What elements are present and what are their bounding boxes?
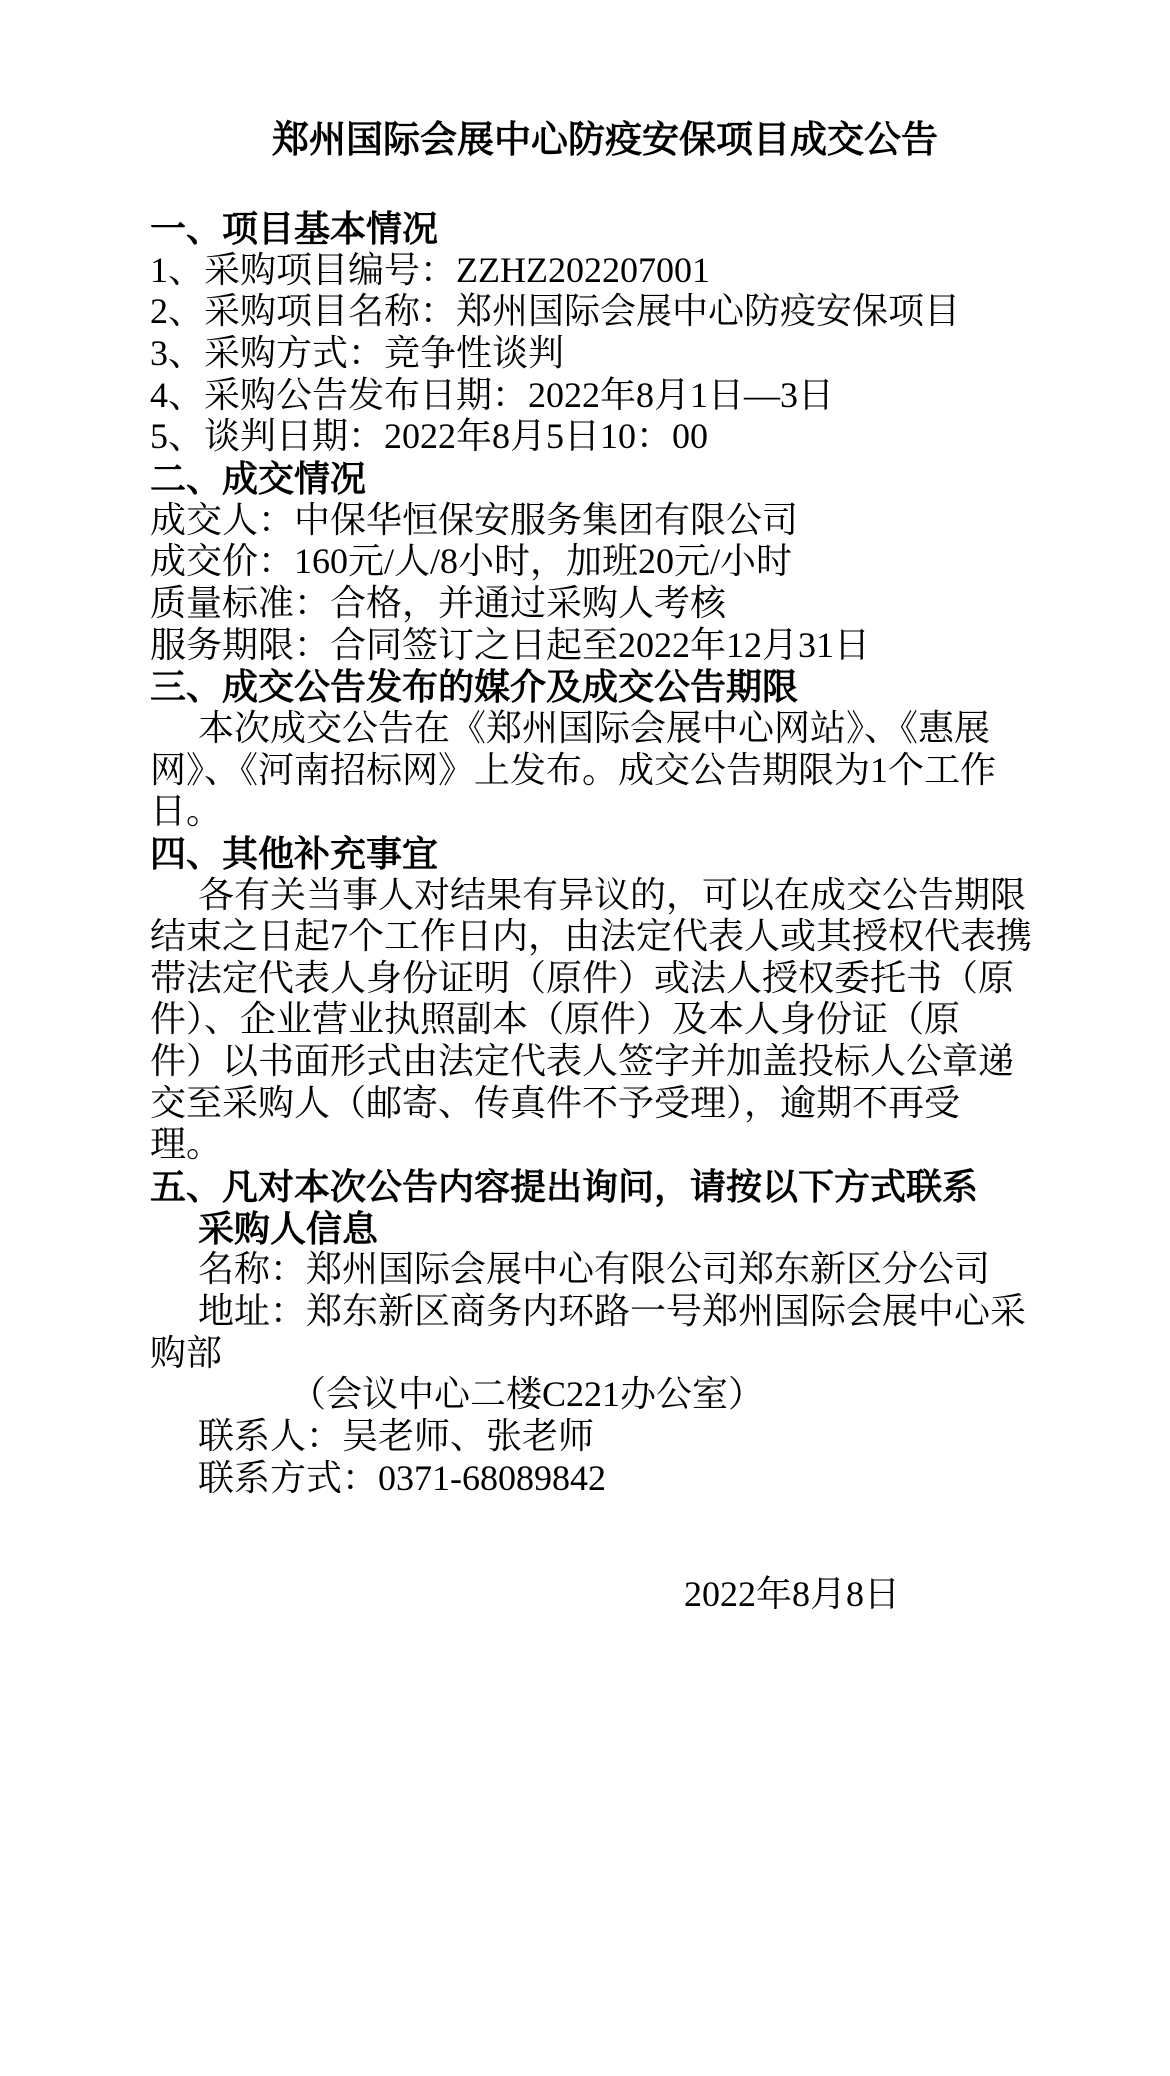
section-heading-2: 二、成交情况 [150,458,1060,500]
document-title: 郑州国际会展中心防疫安保项目成交公告 [150,118,1060,162]
document-page: 郑州国际会展中心防疫安保项目成交公告 一、项目基本情况 1、采购项目编号：ZZH… [0,0,1170,2076]
purchaser-info-heading: 采购人信息 [150,1208,1060,1250]
project-name-line: 2、采购项目名称：郑州国际会展中心防疫安保项目 [150,291,1060,333]
price-line: 成交价：160元/人/8小时，加班20元/小时 [150,541,1060,583]
office-room-line: （会议中心二楼C221办公室） [150,1374,1060,1416]
media-paragraph-line-3: 日。 [150,791,1060,833]
announcement-document: 郑州国际会展中心防疫安保项目成交公告 一、项目基本情况 1、采购项目编号：ZZH… [0,0,1170,1616]
section-heading-4: 四、其他补充事宜 [150,833,1060,875]
section-heading-3: 三、成交公告发布的媒介及成交公告期限 [150,666,1060,708]
media-paragraph-line-1: 本次成交公告在《郑州国际会展中心网站》、《惠展 [150,708,1060,750]
document-date: 2022年8月8日 [150,1574,1060,1616]
announcement-date-line: 4、采购公告发布日期：2022年8月1日—3日 [150,375,1060,417]
purchaser-address-line-1: 地址：郑东新区商务内环路一号郑州国际会展中心采 [150,1291,1060,1333]
objection-paragraph-line-2: 结束之日起7个工作日内，由法定代表人或其授权代表携 [150,916,1060,958]
media-paragraph-line-2: 网》、《河南招标网》上发布。成交公告期限为1个工作 [150,750,1060,792]
objection-paragraph-line-6: 交至采购人（邮寄、传真件不予受理），逾期不再受 [150,1083,1060,1125]
objection-paragraph-line-4: 件）、企业营业执照副本（原件）及本人身份证（原 [150,999,1060,1041]
objection-paragraph-line-3: 带法定代表人身份证明（原件）或法人授权委托书（原 [150,958,1060,1000]
winner-line: 成交人：中保华恒保安服务集团有限公司 [150,500,1060,542]
purchaser-address-line-2: 购部 [150,1333,1060,1375]
contact-person-line: 联系人：吴老师、张老师 [150,1416,1060,1458]
contact-phone-line: 联系方式：0371-68089842 [150,1458,1060,1500]
section-heading-5: 五、凡对本次公告内容提出询问，请按以下方式联系 [150,1166,1060,1208]
section-heading-1: 一、项目基本情况 [150,208,1060,250]
purchaser-name-line: 名称：郑州国际会展中心有限公司郑东新区分公司 [150,1249,1060,1291]
objection-paragraph-line-1: 各有关当事人对结果有异议的，可以在成交公告期限 [150,875,1060,917]
objection-paragraph-line-5: 件）以书面形式由法定代表人签字并加盖投标人公章递 [150,1041,1060,1083]
objection-paragraph-line-7: 理。 [150,1124,1060,1166]
project-number-line: 1、采购项目编号：ZZHZ202207001 [150,250,1060,292]
negotiation-date-line: 5、谈判日期：2022年8月5日10：00 [150,416,1060,458]
service-period-line: 服务期限：合同签订之日起至2022年12月31日 [150,625,1060,667]
quality-standard-line: 质量标准：合格，并通过采购人考核 [150,583,1060,625]
procurement-method-line: 3、采购方式：竞争性谈判 [150,333,1060,375]
